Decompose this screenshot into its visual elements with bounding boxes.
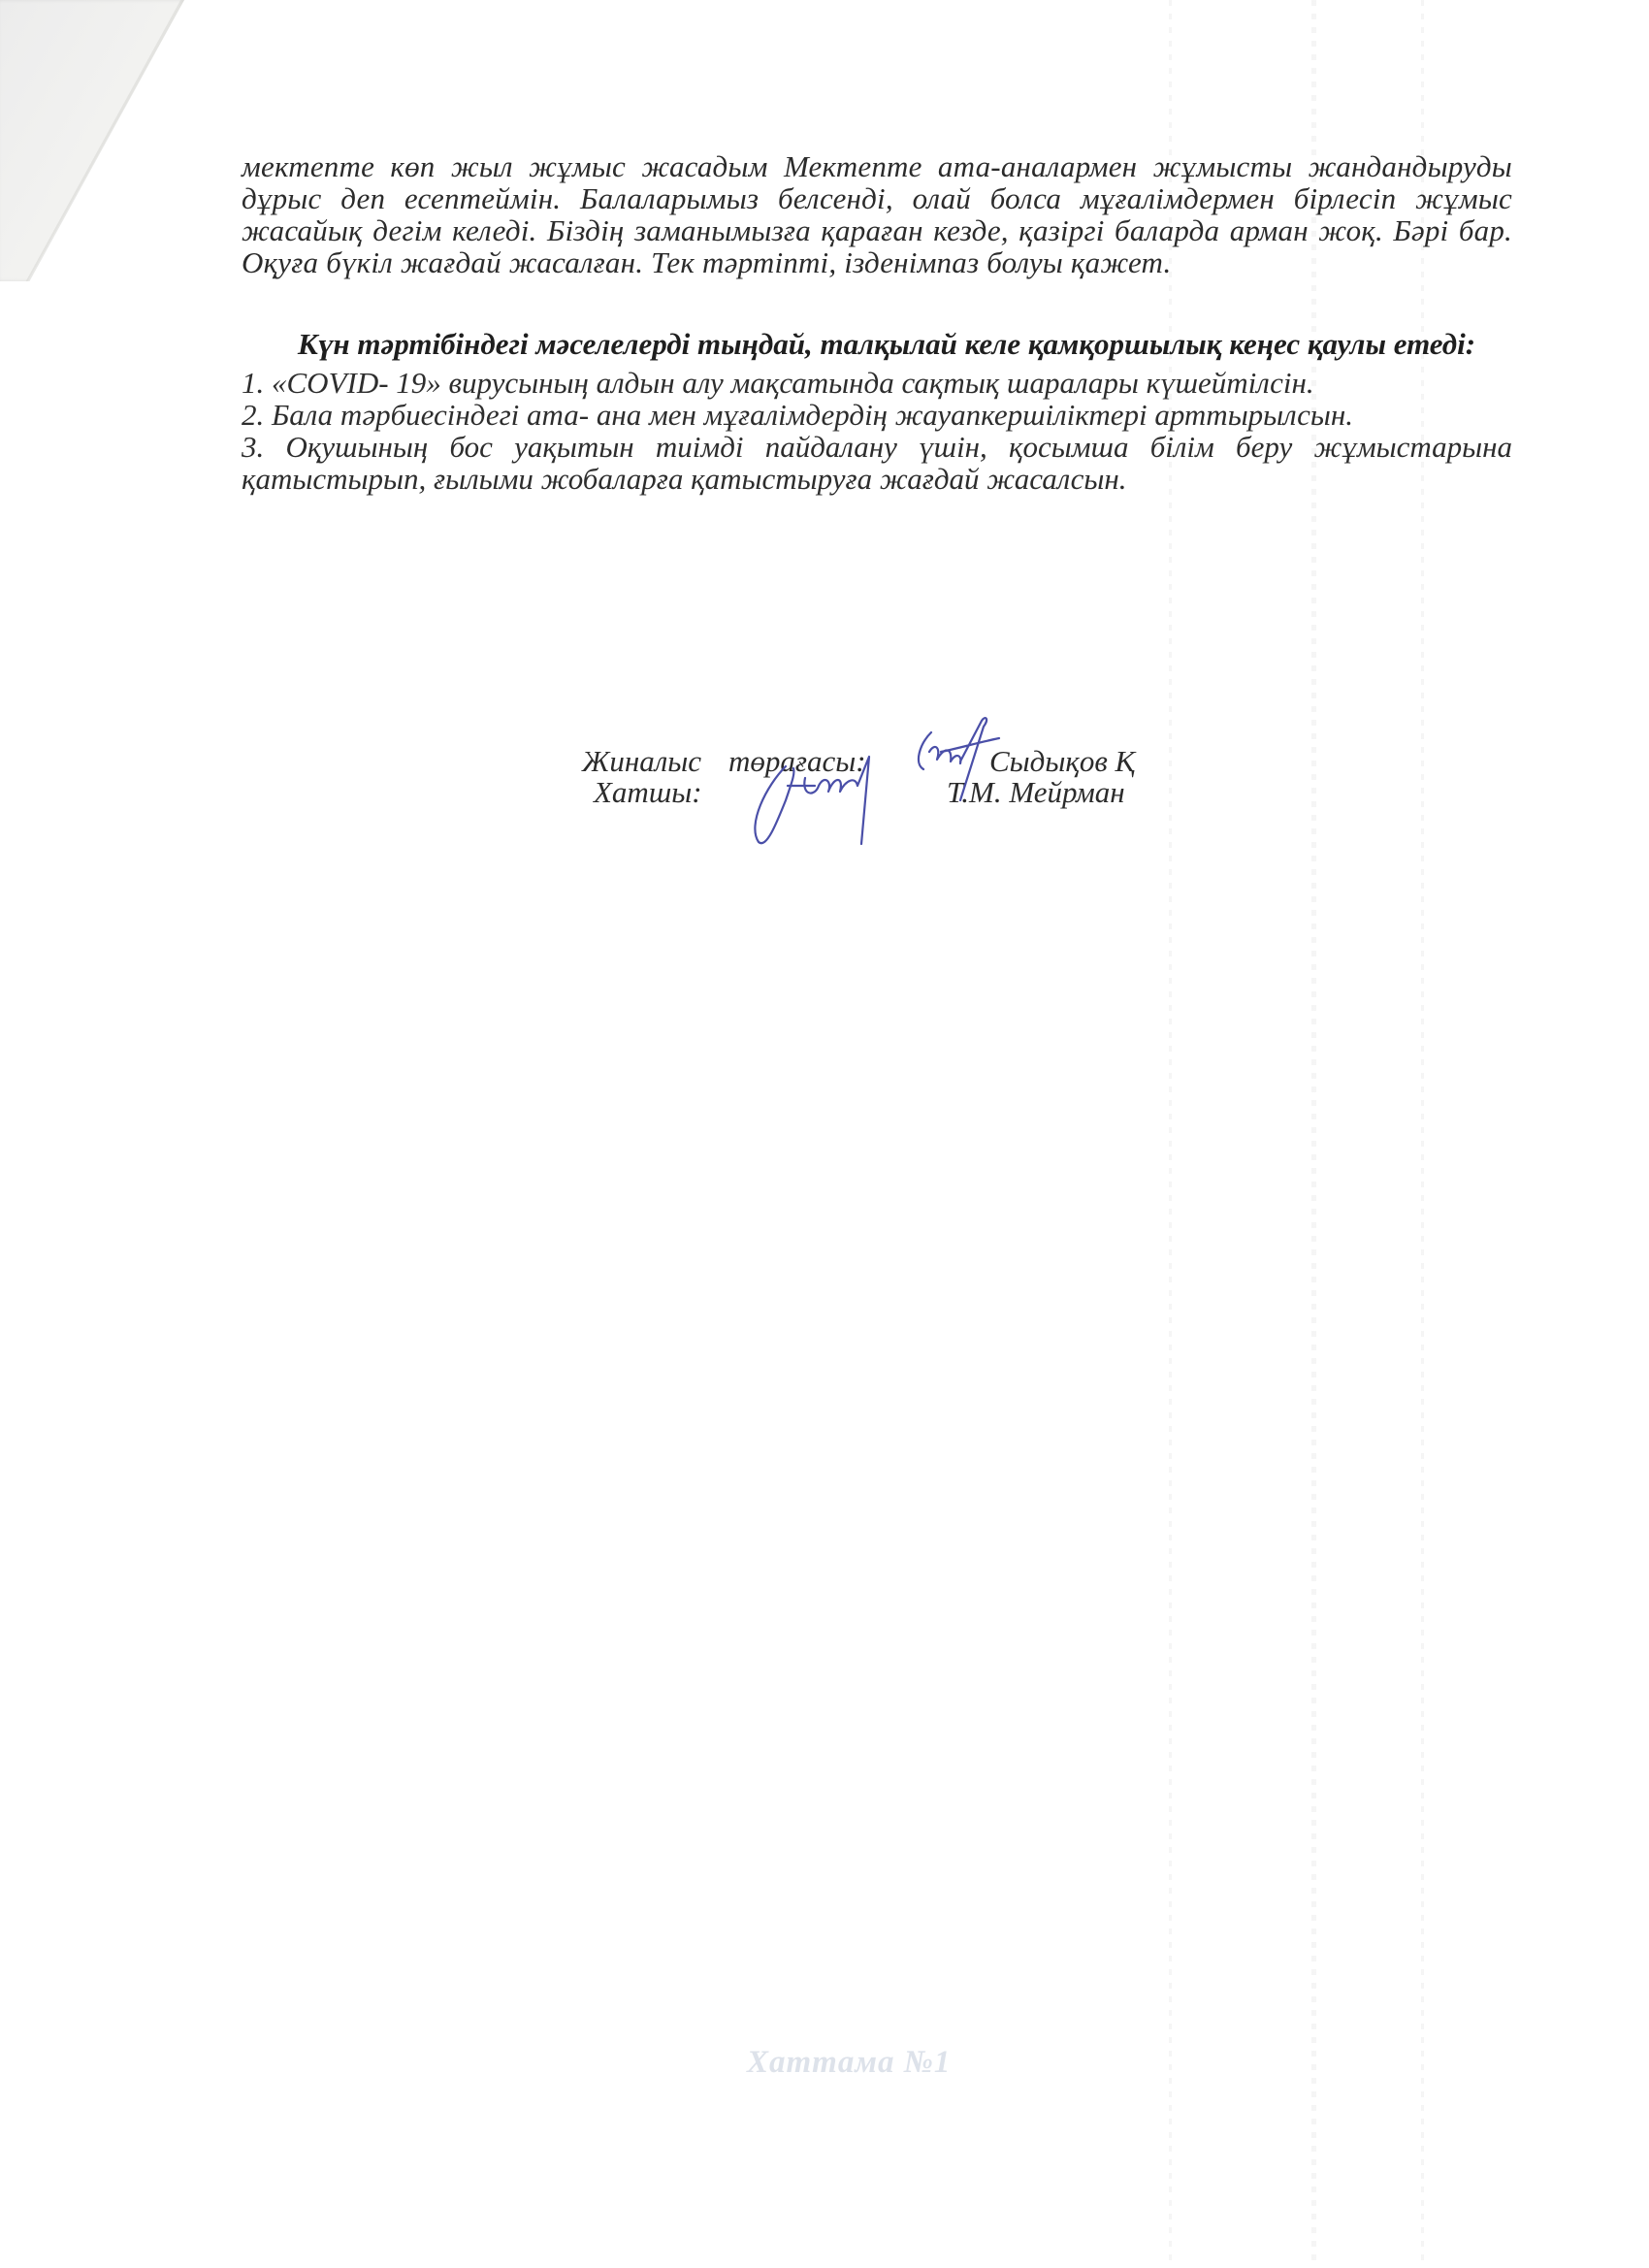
intro-paragraph: мектепте көп жыл жұмыс жасадым Мектепте … [242,150,1512,278]
resolution-item: 3. Оқушының бос уақытын тиімді пайдалану… [242,431,1512,495]
document-body: мектепте көп жыл жұмыс жасадым Мектепте … [242,150,1512,495]
secretary-signature-icon [737,747,902,854]
footer-watermark: Хаттама №1 [747,2045,951,2081]
folded-page-corner [0,0,184,281]
resolution-item: 1. «COVID- 19» вирусының алдын алу мақса… [242,367,1512,399]
resolution-list: 1. «COVID- 19» вирусының алдын алу мақса… [242,367,1512,495]
chair-signature-icon [902,713,1009,810]
resolution-heading: Күн тәртібіндегі мәселелерді тыңдай, тал… [242,327,1512,361]
resolution-item: 2. Бала тәрбиесіндегі ата- ана мен мұғал… [242,399,1512,431]
signature-block: Жиналыстөрағасы: Сыдықов Қ Хатшы: Т.М. М… [582,737,1203,844]
chair-role-word-1: Жиналыс [582,745,701,778]
secretary-role: Хатшы: [594,776,702,809]
chair-name: Сыдықов Қ [989,745,1135,778]
